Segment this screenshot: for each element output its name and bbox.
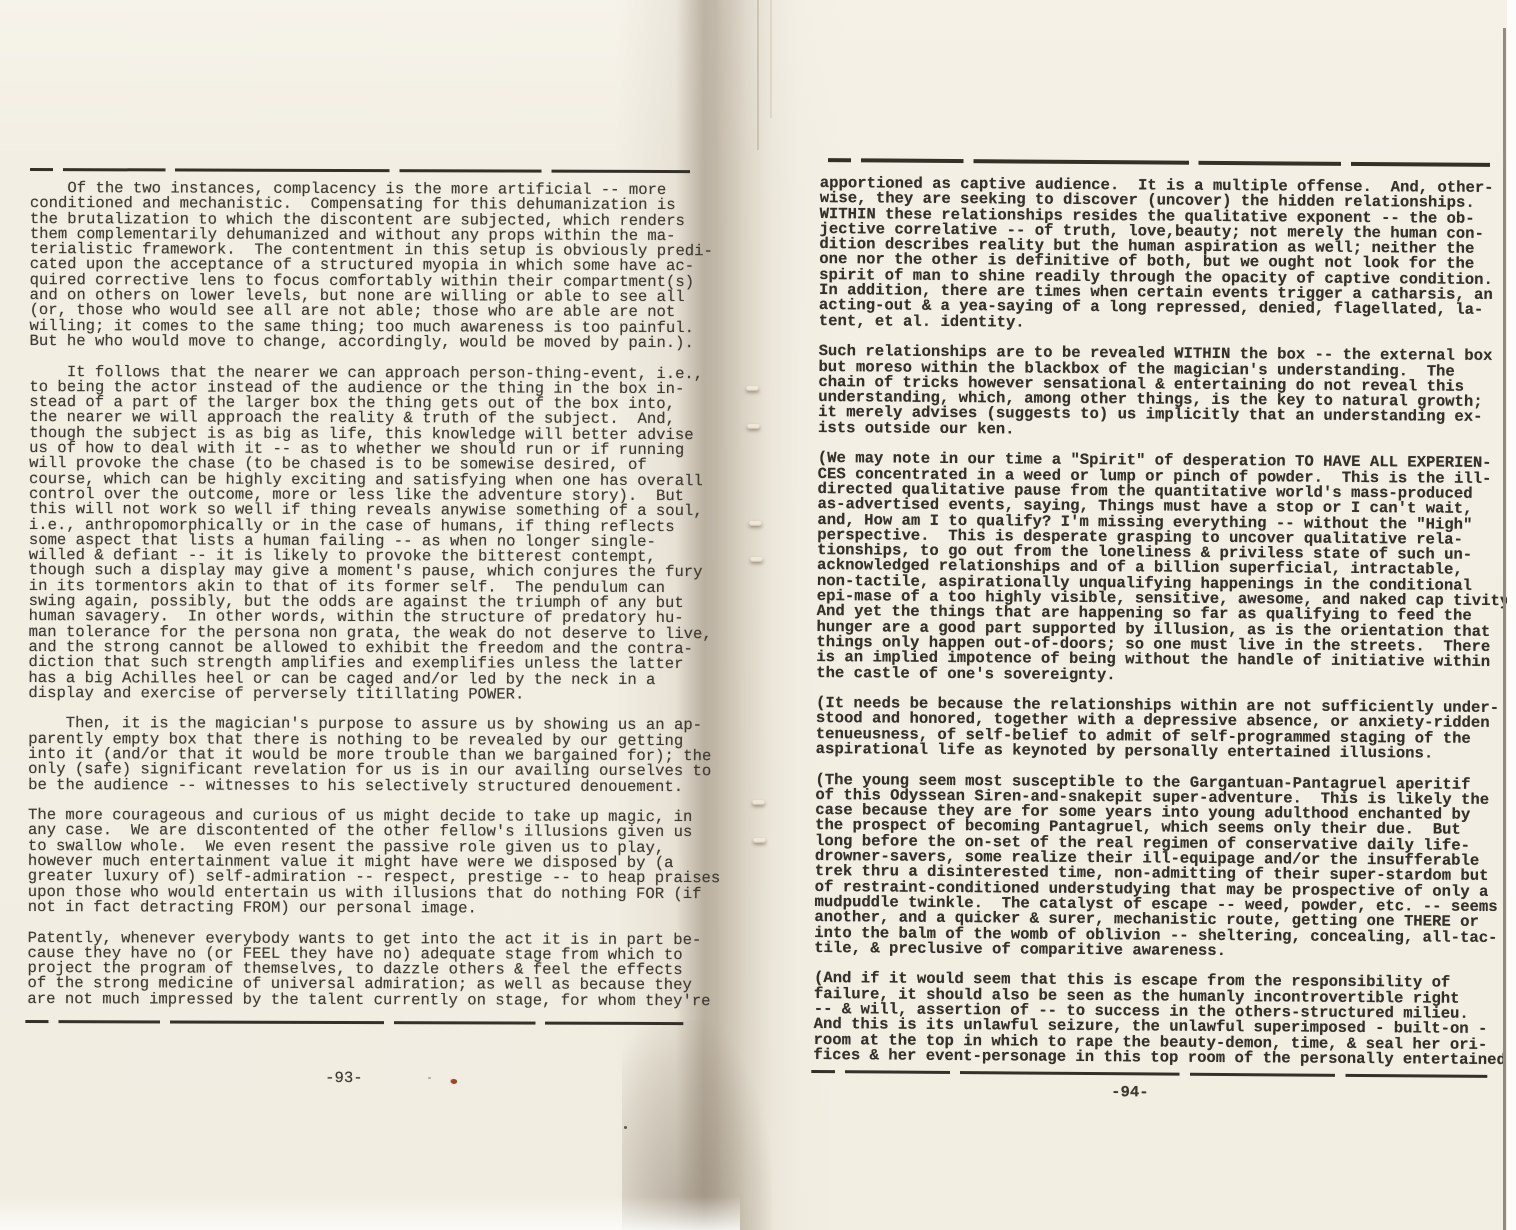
- binding-stitch: [753, 838, 766, 843]
- left-page-content: Of the two instances, complacency is the…: [25, 0, 735, 1230]
- paragraph: (And if it would seem that this is escap…: [813, 971, 1515, 1068]
- left-text-column: Of the two instances, complacency is the…: [27, 181, 722, 1024]
- ink-speck: [428, 1077, 431, 1079]
- paragraph: (It needs be because the relationships w…: [816, 696, 1516, 762]
- page-number: -94-: [1111, 1084, 1149, 1100]
- paragraph: It follows that the nearer we can approa…: [28, 365, 722, 704]
- paragraph: Patently, whenever everybody wants to ge…: [27, 931, 720, 1010]
- paragraph: (The young seem most susceptible to the …: [814, 773, 1516, 962]
- right-page-content: apportioned as captive audience. It is a…: [810, 0, 1516, 1230]
- paragraph: Of the two instances, complacency is the…: [29, 181, 722, 351]
- typed-rule-top: [828, 158, 1490, 166]
- right-text-column: apportioned as captive audience. It is a…: [813, 176, 1516, 1084]
- page-edge-margin: [1507, 0, 1516, 1230]
- paragraph: Then, it is the magician's purpose to as…: [28, 716, 721, 795]
- binding-stitch: [750, 557, 763, 562]
- paragraph: The more courageous and curious of us mi…: [28, 808, 721, 917]
- book-spread: Of the two instances, complacency is the…: [0, 0, 1516, 1230]
- paragraph: (We may note in our time a "Spirit" of d…: [816, 451, 1516, 686]
- paragraph: apportioned as captive audience. It is a…: [819, 176, 1516, 334]
- binding-stitch: [747, 424, 760, 429]
- binding-stitch: [752, 800, 765, 805]
- paragraph: Such relationships are to be revealed WI…: [818, 344, 1516, 441]
- spine-crease-line: [770, 0, 772, 118]
- page-edge-line: [1503, 28, 1506, 1230]
- page-number: -93-: [325, 1070, 362, 1086]
- binding-stitch: [749, 521, 762, 526]
- spine-crease-line: [757, 0, 759, 150]
- ink-speck: [624, 1126, 627, 1129]
- binding-stitch: [746, 386, 759, 391]
- typed-rule-top: [30, 168, 690, 173]
- page-bottom-edge: [0, 1196, 740, 1230]
